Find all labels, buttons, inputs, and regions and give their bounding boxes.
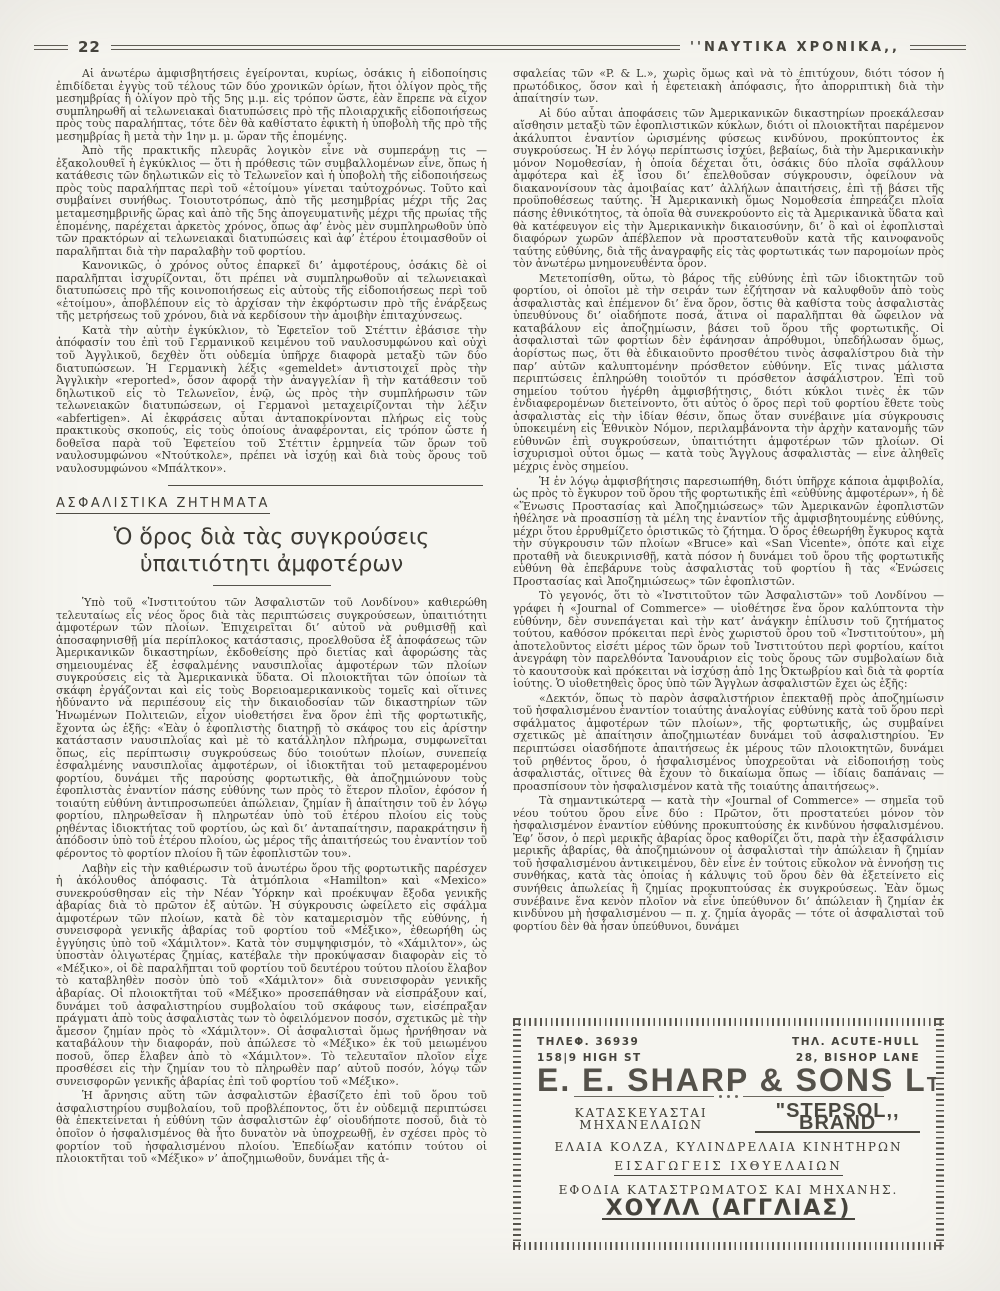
hatched-border-icon <box>513 1242 944 1250</box>
divider-line <box>743 1096 884 1097</box>
ad-importers-line: ΕΙΣΑΓΩΓΕΙΣ ΙΧΘΥΕΛΑΙΩΝ <box>614 1160 842 1176</box>
ad-brand-name: "STEPSOL,, BRAND <box>755 1105 920 1133</box>
ad-company-main: E. E. SHARP & SONS L <box>537 1062 927 1098</box>
ad-products-prefix: ΚΑΤΑΣΚΕΥΑΣΤΑΙ ΜΗΧΑΝΕΛΑΙΩΝ <box>537 1107 745 1132</box>
ad-importers-wrap: ΕΙΣΑΓΩΓΕΙΣ ΙΧΘΥΕΛΑΙΩΝ <box>537 1160 920 1176</box>
divider-dot-icon <box>735 1095 738 1098</box>
section-heading-block: ΑΣΦΑΛΙΣΤΙΚΑ ΖΗΤΗΜΑΤΑ Ὁ ὅρος διὰ τὰς συγκ… <box>56 496 487 587</box>
paragraph: Λαβὴν εἰς τὴν καθιέρωσιν τοῦ ἀνωτέρω ὅρο… <box>56 863 487 1089</box>
paragraph: Ἀπὸ τῆς πρακτικῆς πλευρᾶς λογικὸν εἶνε ν… <box>56 145 487 258</box>
section-kicker: ΑΣΦΑΛΙΣΤΙΚΑ ΖΗΤΗΜΑΤΑ <box>56 498 270 515</box>
ad-content: ΤΗΛΕΦ. 36939 158|9 HIGH ST ΤΗΛ. ACUTE-HU… <box>521 1026 936 1242</box>
divider-dot-icon <box>727 1095 730 1098</box>
article-title: Ὁ ὅρος διὰ τὰς συγκρούσεις ὑπαιτιότητι ἀ… <box>60 524 483 578</box>
page-header: 22 ''ΝΑΥΤΙΚΑ ΧΡΟΝΙΚΑ,, <box>34 38 966 56</box>
title-rule <box>213 585 331 586</box>
ad-city-text: ΧΟΥΛΛ (ΑΓΓΛΙΑΣ) <box>602 1203 856 1220</box>
paragraph: Ἡ ἄρνησις αὕτη τῶν ἀσφαλιστῶν ἐβασίζετο … <box>56 1090 487 1165</box>
paragraph: Αἱ ἀνωτέρω ἀμφισβητήσεις ἐγείρονται, κυρ… <box>56 68 487 143</box>
divider-line <box>574 1096 715 1097</box>
paragraph: «Δεκτόν, ὅπως τὸ παρὸν ἀσφαλιστήριον ἐπε… <box>513 693 944 793</box>
ad-supplies-line: ΕΦΟΔΙΑ ΚΑΤΑΣΤΡΩΜΑΤΟΣ ΚΑΙ ΜΗΧΑΝΗΣ. <box>537 1184 920 1197</box>
hatched-border-icon <box>513 1018 521 1250</box>
paragraph: Αἱ δύο αὗται ἀποφάσεις τῶν Ἀμερικανικῶν … <box>513 108 944 271</box>
paragraph: Κανονικῶς, ὁ χρόνος οὗτος ἐπαρκεῖ δι’ ἀμ… <box>56 260 487 323</box>
paragraph: Τὸ γεγονός, ὅτι τὸ «Ἰνστιτοῦτον τῶν Ἀσφα… <box>513 590 944 690</box>
ad-products-line: ΚΑΤΑΣΚΕΥΑΣΤΑΙ ΜΗΧΑΝΕΛΑΙΩΝ "STEPSOL,, BRA… <box>537 1105 920 1133</box>
paragraph: Ὑπὸ τοῦ «Ἰνστιτούτου τῶν Ἀσφαλιστῶν τοῦ … <box>56 597 487 860</box>
columns: Αἱ ἀνωτέρω ἀμφισβητήσεις ἐγείρονται, κυρ… <box>56 68 944 1250</box>
ad-company-suffix: TD. <box>927 1074 936 1096</box>
ad-city-line: ΧΟΥΛΛ (ΑΓΓΛΙΑΣ) <box>537 1203 920 1220</box>
ad-company-name: E. E. SHARP & SONS LTD. <box>537 1074 920 1092</box>
header-rule-right <box>910 45 966 50</box>
paragraph: Τὰ σημαντικώτερα — κατὰ τὴν «Journal of … <box>513 795 944 933</box>
divider-dot-icon <box>719 1095 722 1098</box>
header-rule-left <box>34 45 68 50</box>
ad-telegram-right: ΤΗΛ. ACUTE-HULL <box>792 1034 920 1050</box>
paragraph: Ἡ ἐν λόγῳ ἀμφισβήτησις παρεσιωπήθη, διότ… <box>513 476 944 589</box>
left-column: Αἱ ἀνωτέρω ἀμφισβητήσεις ἐγείρονται, κυρ… <box>56 68 487 1250</box>
advertisement-sharp-sons: ΤΗΛΕΦ. 36939 158|9 HIGH ST ΤΗΛ. ACUTE-HU… <box>513 1018 944 1250</box>
ad-oils-line: ΕΛΑΙΑ ΚΟΛΖΑ, ΚΥΛΙΝΔΡΕΛΑΙΑ ΚΙΝΗΤΗΡΩΝ <box>537 1141 920 1154</box>
page-number: 22 <box>78 38 101 56</box>
paragraph: Κατὰ τὴν αὐτὴν ἐγκύκλιον, τὸ Ἐφετεῖον το… <box>56 325 487 476</box>
header-rule-middle <box>111 45 680 50</box>
hatched-border-icon <box>936 1018 944 1250</box>
magazine-page: 22 ''ΝΑΥΤΙΚΑ ΧΡΟΝΙΚΑ,, Αἱ ἀνωτέρω ἀμφισβ… <box>0 0 1000 1291</box>
hatched-border-icon <box>513 1018 944 1026</box>
article-divider <box>168 485 483 486</box>
paragraph: σφαλείας τῶν «P. & L.», χωρὶς ὅμως καὶ ν… <box>513 68 944 106</box>
paragraph: Μετετοπίσθη, οὕτω, τὸ βάρος τῆς εὐθύνης … <box>513 273 944 474</box>
right-column: σφαλείας τῶν «P. & L.», χωρὶς ὅμως καὶ ν… <box>513 68 944 1250</box>
ad-phone-left: ΤΗΛΕΦ. 36939 <box>537 1034 642 1050</box>
magazine-title: ''ΝΑΥΤΙΚΑ ΧΡΟΝΙΚΑ,, <box>690 40 900 55</box>
